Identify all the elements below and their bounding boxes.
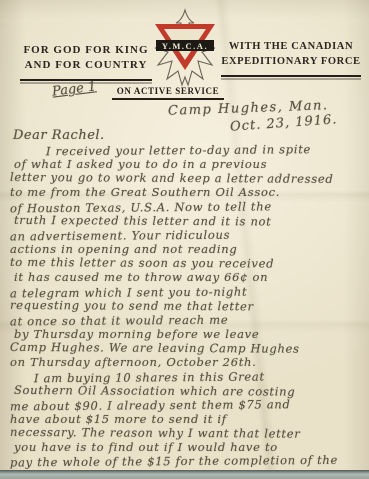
body-line: actions in opening and not reading (10, 242, 366, 256)
scanned-letter-page: FOR GOD FOR KING AND FOR COUNTRY Y.M.C.A… (0, 0, 369, 479)
body-line: at once so that it would reach me (10, 311, 366, 328)
body-line: an advertisement. Your ridiculous (10, 227, 366, 244)
body-line: to me from the Great Southern Oil Assoc. (10, 185, 366, 199)
body-line: have about $15 more to send it if (10, 412, 366, 426)
letterhead-left-line1: FOR GOD FOR KING (20, 43, 152, 58)
page-number-label: Page 1 (51, 79, 97, 99)
letterhead-right-line2: EXPEDITIONARY FORCE (221, 55, 361, 70)
body-line: letter you go to work and keep a letter … (10, 170, 366, 186)
letterhead-left-line2: AND FOR COUNTRY (20, 58, 152, 73)
body-line: me about $90. I already sent them $75 an… (10, 396, 366, 413)
body-line: to me this letter as soon as you receive… (10, 255, 366, 271)
body-line: of what I asked you to do in a previous (14, 157, 366, 171)
letter-paper: FOR GOD FOR KING AND FOR COUNTRY Y.M.C.A… (0, 0, 369, 470)
body-line: necessary. The reason why I want that le… (10, 425, 366, 441)
salutation: Dear Rachel. (13, 128, 105, 143)
letterhead-right: WITH THE CANADIAN EXPEDITIONARY FORCE (221, 40, 361, 77)
on-active-service-banner: ON ACTIVE SERVICE (112, 86, 224, 100)
letterhead-right-line1: WITH THE CANADIAN (221, 40, 361, 55)
body-line: Camp Hughes. We are leaving Camp Hughes (10, 340, 366, 356)
body-line: it has caused me to throw away 66¢ on (14, 270, 366, 284)
body-line: on Thursday afternoon, October 26th. (10, 355, 366, 369)
ymca-triangle-emblem: Y.M.C.A. (149, 8, 221, 88)
body-line: I received your letter to-day and in spi… (46, 142, 366, 159)
body-line: by Thursday morning before we leave (14, 327, 366, 341)
body-line: pay the whole of the $15 for the complet… (10, 453, 366, 470)
letter-body: I received your letter to-day and in spi… (10, 143, 366, 469)
letterhead-left: FOR GOD FOR KING AND FOR COUNTRY (20, 43, 152, 81)
logo-text: Y.M.C.A. (162, 41, 208, 51)
scanner-bed-strip (0, 470, 369, 479)
ymca-logo: Y.M.C.A. (149, 8, 221, 88)
letterhead-right-rule (221, 75, 361, 77)
